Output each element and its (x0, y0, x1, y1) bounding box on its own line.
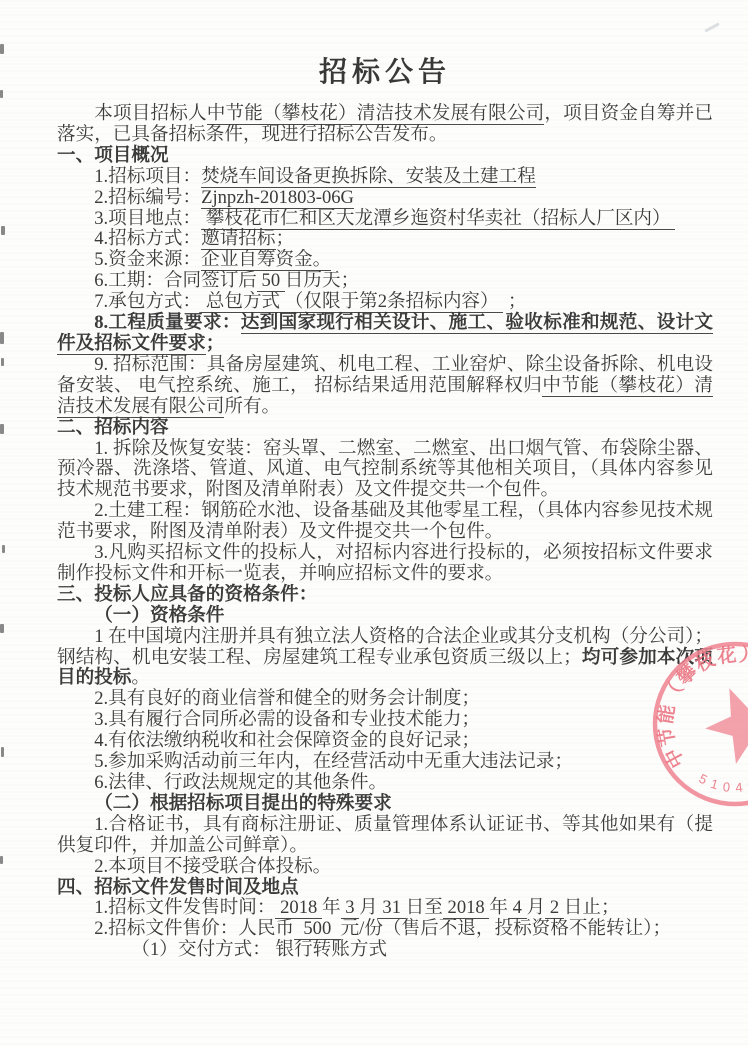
special-requirements-subheading: （二）根据招标项目提出的特殊要求 (57, 794, 713, 815)
text-segment: 2.具有良好的商业信誉和健全的财务会计制度； (94, 688, 480, 709)
text-segment: 日历天； (285, 270, 359, 291)
text-segment: 日至 (406, 897, 443, 918)
item-tender-scope: 9. 招标范围：具备房屋建筑、机电工程、工业窑炉、除尘设备拆除、机电设备安装、 … (57, 355, 713, 418)
text-segment: 3.具有履行合同所必需的设备和专业技术能力； (94, 709, 480, 730)
sale-time-item: 1.招标文件发售时间： 2018 年 3 月 31 日至 2018 年 4 月 … (57, 898, 713, 919)
qualification-item-5: 5.参加采购活动前三年内，在经营活动中无重大违法记录； (57, 752, 713, 773)
text-segment: 2.土建工程：钢筋砼水池、设备基础及其他零星工程，（具体内容参见技术规范书要求，… (57, 500, 713, 542)
scan-speck (0, 424, 4, 434)
scanned-tender-notice-page: 招标公告 本项目招标人中节能（攀枝花）清洁技术发展有限公司，项目资金自筹并已落实… (0, 0, 748, 1046)
section-2-heading: 二、招标内容 (57, 418, 713, 439)
text-segment: 中节能（攀枝花）清洁技术发展有限公司 (207, 103, 545, 125)
content-item-1: 1. 拆除及恢复安装：窑头罩、二燃室、二燃室、出口烟气管、布袋除尘器、预冷器、洗… (57, 439, 713, 502)
item-project-location: 3.项目地点： 攀枝花市仁和区大龙潭乡迤资村华卖社（招标人厂区内） (57, 209, 713, 230)
text-segment: 月 (527, 897, 546, 918)
text-segment: 2018 (443, 897, 489, 919)
text-segment: 四、招标文件发售时间及地点 (57, 877, 299, 898)
text-segment: 50 (257, 270, 285, 292)
special-item-2: 2.本项目不接受联合体投标。 (57, 857, 713, 878)
special-item-1: 1.合格证书，具有商标注册证、质量管理体系认证证书、等其他如果有（提供复印件，并… (57, 815, 713, 857)
section-1-heading: 一、项目概况 (57, 146, 713, 167)
document-content: 招标公告 本项目招标人中节能（攀枝花）清洁技术发展有限公司，项目资金自筹并已落实… (57, 0, 713, 961)
seal-serial-text: 51040 (697, 771, 748, 796)
intro-paragraph: 本项目招标人中节能（攀枝花）清洁技术发展有限公司，项目资金自筹并已落实，已具备招… (57, 104, 713, 146)
text-segment: 7.承包方式： (94, 291, 201, 312)
sale-price-item: 2.招标文件售价：人民币 500 元/份（售后不退，投标资格不能转让）； (57, 919, 713, 940)
text-segment: 3.凡购买招标文件的投标人，对招标内容进行投标的，必须按招标文件要求制作投标文件… (57, 542, 713, 584)
text-segment: 500 (294, 918, 340, 940)
text-segment: 3.项目地点： (94, 208, 201, 229)
text-segment: （一）资格条件 (94, 605, 224, 626)
scan-speck (0, 332, 4, 344)
scan-speck (0, 90, 3, 98)
text-segment: ； (503, 291, 526, 312)
item-duration: 6.工期：合同签订后 50 日历天； (57, 271, 713, 292)
page-title: 招标公告 (57, 50, 713, 90)
text-segment: （1）交付方式： 银行转账方式 (131, 939, 387, 960)
qualification-item-1: 1 在中国境内注册并具有独立法人资格的合法企业或其分支机构（分公司）；钢结构、机… (57, 627, 713, 690)
content-item-3: 3.凡购买招标文件的投标人，对招标内容进行投标的，必须按招标文件要求制作投标文件… (57, 543, 713, 585)
text-segment: 总包方式 （仅限于第2条招标内容） (201, 291, 503, 313)
text-segment: 一、项目概况 (57, 145, 169, 166)
text-segment: 攀枝花市仁和区大龙潭乡迤资村华卖社（招标人厂区内） (201, 208, 675, 230)
item-contract-mode: 7.承包方式： 总包方式 （仅限于第2条招标内容） ； (57, 292, 713, 313)
document-body: 本项目招标人中节能（攀枝花）清洁技术发展有限公司，项目资金自筹并已落实，已具备招… (57, 104, 713, 961)
text-segment: 二、招标内容 (57, 417, 169, 438)
text-segment: Zjnpzh-201803-06G (201, 187, 354, 209)
text-segment: 8.工程质量要求： (94, 312, 241, 333)
text-segment: 4 (508, 897, 527, 919)
text-segment: ； (276, 228, 295, 249)
text-segment: （二）根据招标项目提出的特殊要求 (94, 793, 392, 814)
text-segment: 1.招标文件发售时间： (94, 897, 275, 918)
item-quality-requirement: 8.工程质量要求：达到国家现行相关设计、施工、验收标准和规范、设计文件及招标文件… (57, 313, 713, 355)
qualification-item-3: 3.具有履行合同所必需的设备和专业技术能力； (57, 710, 713, 731)
text-segment: 31 (378, 897, 406, 919)
text-segment: 6.工期：合同签订后 (94, 270, 257, 291)
text-segment: 4.招标方式： (94, 228, 201, 249)
text-segment: 2018 (275, 897, 321, 919)
scan-speck (1, 747, 4, 757)
payment-method-item: （1）交付方式： 银行转账方式 (57, 940, 713, 961)
section-4-heading: 四、招标文件发售时间及地点 (57, 878, 713, 899)
text-segment: 3 (341, 897, 360, 919)
scan-speck (0, 624, 4, 633)
text-segment: 2.本项目不接受联合体投标。 (94, 856, 331, 877)
text-segment: 企业自筹资金。 (201, 249, 331, 271)
text-segment: 本项目招标人 (94, 103, 207, 124)
text-segment: ； (206, 333, 225, 354)
text-segment: 1.招标项目： (94, 166, 201, 187)
section-3-heading: 三、投标人应具备的资格条件： (57, 585, 713, 606)
scan-speck (1, 358, 4, 366)
scan-speck (1, 226, 5, 235)
seal-star-icon (702, 684, 748, 766)
item-project-name: 1.招标项目：焚烧车间设备更换拆除、安装及土建工程 (57, 167, 713, 188)
text-segment: 6.法律、行政法规规定的其他条件。 (94, 772, 387, 793)
text-segment: 年 (322, 897, 341, 918)
company-seal-stamp: 中节能（攀枝花）清洁 51040 (640, 630, 748, 830)
text-segment: 。 (131, 667, 150, 688)
text-segment: 5.参加采购活动前三年内，在经营活动中无重大违法记录； (94, 751, 573, 772)
text-segment: 2.招标文件售价：人民币 (94, 918, 294, 939)
text-segment: 所有。 (224, 396, 280, 417)
scan-speck (0, 856, 3, 864)
item-funding-source: 5.资金来源：企业自筹资金。 (57, 250, 713, 271)
qualification-item-6: 6.法律、行政法规规定的其他条件。 (57, 773, 713, 794)
item-tender-method: 4.招标方式：邀请招标； (57, 229, 713, 250)
scan-speck (0, 44, 4, 54)
text-segment: 月 (359, 897, 378, 918)
text-segment: 日止； (564, 897, 620, 918)
text-segment: 三、投标人应具备的资格条件： (57, 584, 317, 605)
text-segment: 5.资金来源： (94, 249, 201, 270)
item-tender-number: 2.招标编号：Zjnpzh-201803-06G (57, 188, 713, 209)
text-segment: 2.招标编号： (94, 187, 201, 208)
text-segment: 年 (489, 897, 508, 918)
text-segment: 4.有依法缴纳税收和社会保障资金的良好记录； (94, 730, 480, 751)
text-segment: 1. 拆除及恢复安装：窑头罩、二燃室、二燃室、出口烟气管、布袋除尘器、预冷器、洗… (57, 438, 713, 501)
text-segment: 2 (545, 897, 564, 919)
text-segment: 邀请招标 (201, 228, 275, 250)
text-segment: 元/份（售后不退，投标资格不能转让）； (341, 918, 672, 939)
text-segment: 1.合格证书，具有商标注册证、质量管理体系认证证书、等其他如果有（提供复印件，并… (57, 814, 713, 856)
text-segment: 焚烧车间设备更换拆除、安装及土建工程 (201, 166, 536, 188)
scan-speck (2, 545, 5, 553)
qualification-subheading: （一）资格条件 (57, 606, 713, 627)
qualification-item-4: 4.有依法缴纳税收和社会保障资金的良好记录； (57, 731, 713, 752)
content-item-2: 2.土建工程：钢筋砼水池、设备基础及其他零星工程，（具体内容参见技术规范书要求，… (57, 501, 713, 543)
qualification-item-2: 2.具有良好的商业信誉和健全的财务会计制度； (57, 689, 713, 710)
